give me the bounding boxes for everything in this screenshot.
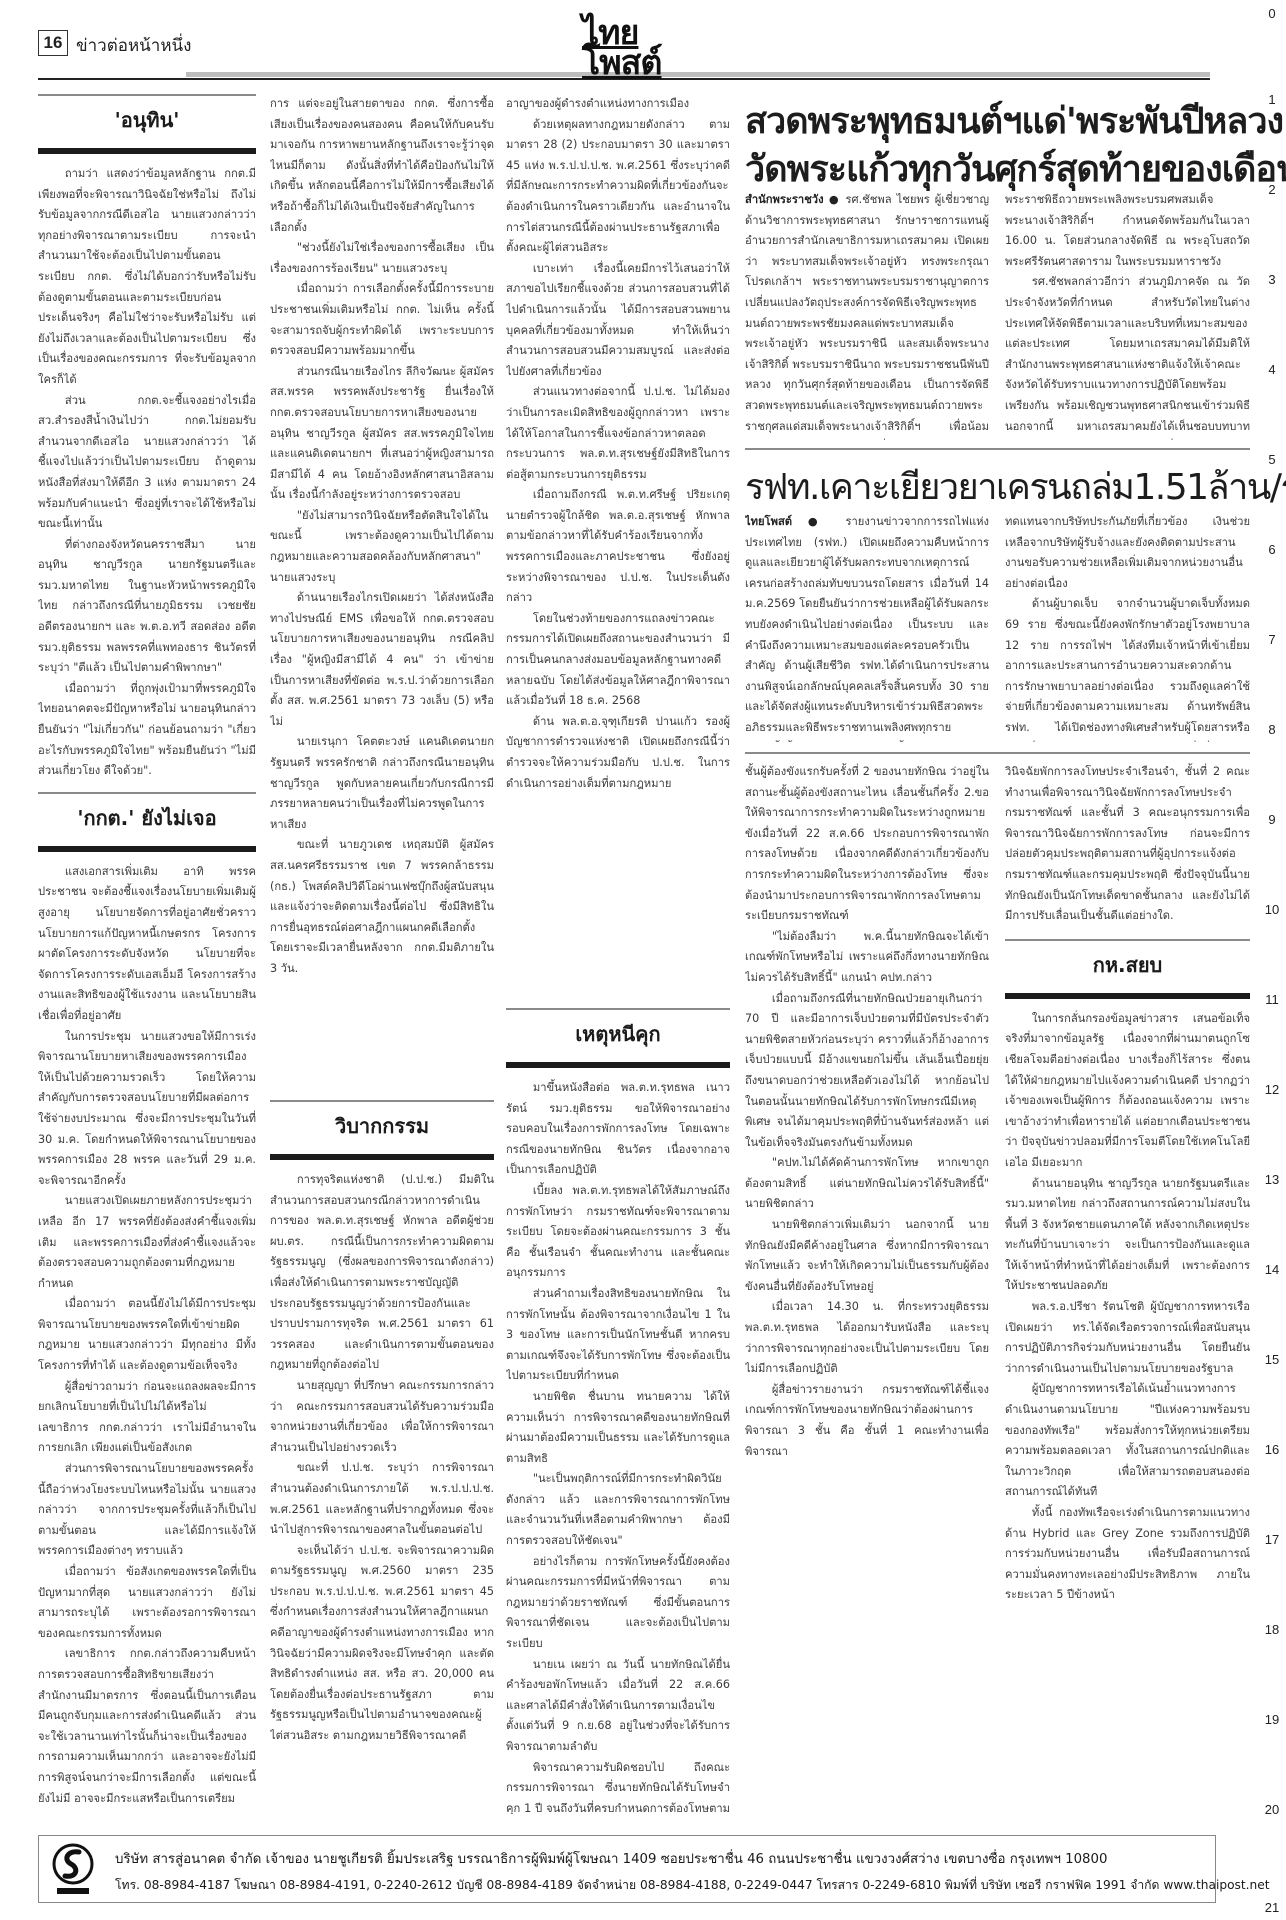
headline-story-2: รฟท.เคาะเยียวยาเครนถล่ม1.51ล้าน/ราย [745, 458, 1286, 515]
story-1-col-b: พระราชพิธีถวายพระเพลิงพระบรมศพสมเด็จพระน… [1005, 190, 1250, 440]
paragraph: พระราชพิธีถวายพระเพลิงพระบรมศพสมเด็จพระน… [1005, 190, 1250, 272]
paragraph: นายพิชิตกล่าวเพิ่มเติมว่า นอกจากนี้ นายท… [745, 1215, 989, 1297]
column-3: อาญาของผู้ดำรงตำแหน่งทางการเมืองด้วยเหตุ… [506, 94, 730, 1814]
paragraph: ส่วนการพิจารณานโยบายของพรรคครั้งนี้ถือว่… [38, 1459, 256, 1562]
paragraph: อาญาของผู้ดำรงตำแหน่งทางการเมือง [506, 94, 730, 115]
newspaper-page: 16 ข่าวต่อหน้าหนึ่ง ไทยโพสต์ 01234567891… [0, 0, 1286, 1920]
paragraph: ที่ต่างกองจังหวัดนครราชสีมา นายอนุทิน ชา… [38, 535, 256, 679]
paragraph: "ไม่ต้องลืมว่า พ.ค.นี้นายทักษิณจะได้เข้า… [745, 927, 989, 989]
continued-col-b: วินิจฉัยพักการลงโทษประจำเรือนจำ, ชั้นที่… [1005, 762, 1250, 1812]
paragraph: เมื่อถามถึงกรณีที่นายทักษิณป่วยอายุเกินก… [745, 989, 989, 1154]
paragraph: พิจารณาความรับผิดชอบไป ถึงคณะกรรมการพิจา… [506, 1758, 730, 1814]
paragraph: ผู้สื่อข่าวถามว่า ก่อนจะแถลงผลจะมีการยกเ… [38, 1377, 256, 1459]
column-1: 'อนุทิน' ถามว่า แสดงว่าข้อมูลหลักฐาน กกต… [38, 94, 256, 1814]
continued-col-a-body: ชั้นผู้ต้องขังแรกรับครั้งที่ 2 ของนายทัก… [745, 762, 989, 1462]
ruler-mark: 3 [1258, 272, 1286, 287]
paragraph: วินิจฉัยพักการลงโทษประจำเรือนจำ, ชั้นที่… [1005, 762, 1250, 927]
paragraph: ขณะที่ ป.ป.ช. ระบุว่า การพิจารณาสำนวนต้อ… [270, 1458, 494, 1540]
ruler-mark: 13 [1258, 1172, 1286, 1187]
ruler-mark: 20 [1258, 1802, 1286, 1817]
paragraph: ด้านนายอนุทิน ชาญวีรกูล นายกรัฐมนตรีและ … [1005, 1174, 1250, 1298]
publisher-logo-icon [49, 1842, 97, 1898]
paragraph: ส่วนคำถามเรื่องสิทธิของนายทักษิณ ในการพั… [506, 1284, 730, 1387]
ruler-mark: 6 [1258, 542, 1286, 557]
section-body-ect: แสงเอกสารเพิ่มเติม อาทิ พรรคประชาชน จะต้… [38, 862, 256, 1809]
paragraph: ทดแทนจากบริษัทประกันภัยที่เกี่ยวข้อง เงิ… [1005, 512, 1250, 594]
ruler-mark: 0 [1258, 6, 1286, 21]
ruler-mark: 15 [1258, 1352, 1286, 1367]
paragraph: ด้วยเหตุผลทางกฎหมายดังกล่าว ตามมาตรา 28 … [506, 115, 730, 259]
ruler-mark: 18 [1258, 1622, 1286, 1637]
paragraph: นายแสวงเปิดเผยภายหลังการประชุมว่า เหลือ … [38, 1191, 256, 1294]
paragraph: ด้าน พล.ต.อ.จุฑุเกียรติ ปานแก้ว รองผู้บั… [506, 712, 730, 794]
paragraph: รศ.ชัชพลกล่าวอีกว่า ส่วนภูมิภาคจัด ณ วัด… [1005, 272, 1250, 440]
story-1-col-a: สำนักพระราชวัง ● รศ.ชัชพล ไชยพร ผู้เชี่ย… [745, 190, 989, 440]
paragraph: เมื่อถามว่า ตอนนี้ยังไม่ได้มีการประชุมพิ… [38, 1294, 256, 1376]
logo-text: ไทยโพสต์ [582, 18, 710, 78]
paragraph: อย่างไรก็ตาม การพักโทษครั้งนี้ยังคงต้องผ… [506, 1552, 730, 1655]
paragraph: การทุจริตแห่งชาติ (ป.ป.ช.) มีมติในสำนวนก… [270, 1170, 494, 1376]
section-heading-anutin: 'อนุทิน' [38, 96, 256, 148]
paragraph: ทั้งนี้ กองทัพเรือจะเร่งดำเนินการตามแนวท… [1005, 1503, 1250, 1606]
paragraph: เมื่อถามว่า การเลือกตั้งครั้งนี้มีการระบ… [270, 279, 494, 361]
ruler-mark: 4 [1258, 362, 1286, 377]
paragraph: เบาะเท่า เรื่องนี้เคยมีการไว้เสนอว่าให้ส… [506, 259, 730, 383]
paragraph: จะเห็นได้ว่า ป.ป.ช. จะพิจารณาความผิดตามร… [270, 1541, 494, 1747]
paragraph: ส่วนกรณีนายเรืองไกร ลีกิจวัฒนะ ผู้สมัคร … [270, 362, 494, 506]
column-2-body: การ แต่จะอยู่ในสายตาของ กกต. ซึ่งการซื้อ… [270, 94, 494, 1094]
section-rule-thick [38, 148, 256, 154]
paragraph: โดยในช่วงท้ายของการแถลงข่าวคณะกรรมการได้… [506, 609, 730, 712]
ruler-mark: 14 [1258, 1262, 1286, 1277]
paragraph: ส่วนแนวทางต่อจากนี้ ป.ป.ช. ไม่ได้มองว่าเ… [506, 382, 730, 485]
paragraph: นายพิชิต ชื่นบาน ทนายความ ได้ให้ความเห็น… [506, 1387, 730, 1469]
publisher-footer: บริษัท สารสู่อนาคต จำกัด เจ้าของ นายชูเก… [38, 1835, 1216, 1903]
paragraph: เมื่อถามถึงกรณี พ.ต.ท.ศรีษฐ์ ปริยะเกตุ น… [506, 485, 730, 609]
paragraph: ถามว่า แสดงว่าข้อมูลหลักฐาน กกต.มีเพียงพ… [38, 164, 256, 391]
paragraph: ทั้งนี้มีการมอบเงินเยียวยาเบื้องต้นรวม 1… [745, 739, 989, 742]
page-number: 16 [38, 30, 68, 56]
ruler-mark: 12 [1258, 1082, 1286, 1097]
paragraph: ในการประชุม นายแสวงขอให้มีการเร่งพิจารณา… [38, 1027, 256, 1192]
paragraph: "ช่วงนี้ยังไม่ใช่เรื่องของการซื้อเสียง เ… [270, 238, 494, 279]
ruler-mark: 9 [1258, 812, 1286, 827]
page-ruler: 0123456789101112131415161718192021 [1258, 0, 1286, 1920]
paragraph: ด้านนายเรืองไกรเปิดเผยว่า ได้ส่งหนังสือท… [270, 588, 494, 732]
paragraph: ผู้สื่อข่าวรายงานว่า กรมราชทัณฑ์ได้ชี้แจ… [745, 1380, 989, 1462]
byline: สำนักพระราชวัง ● [745, 193, 846, 206]
paragraph: ด้านผู้บาดเจ็บ จากจำนวนผู้บาดเจ็บทั้งหมด… [1005, 594, 1250, 742]
story-1-col-b-body: พระราชพิธีถวายพระเพลิงพระบรมศพสมเด็จพระน… [1005, 190, 1250, 440]
paragraph: นายเรนุกา โคตตะวงษ์ แคนดิเดตนายกรัฐมนตรี… [270, 732, 494, 835]
paragraph: "นะเป็นพฤติการณ์ที่มีการกระทำผิดวินัยดัง… [506, 1469, 730, 1551]
paragraph: แสงเอกสารเพิ่มเติม อาทิ พรรคประชาชน จะต้… [38, 862, 256, 1027]
byline: ไทยโพสต์ ● [745, 515, 845, 528]
section-body-defense: ในการกลั่นกรองข้อมูลข่าวสาร เสนอข้อเท็จจ… [1005, 1009, 1250, 1606]
section-heading-escape: เหตุหนีคุก [506, 1010, 730, 1062]
ruler-mark: 11 [1258, 992, 1286, 1007]
ruler-mark: 16 [1258, 1442, 1286, 1457]
paragraph: ผู้บัญชาการทหารเรือได้เน้นย้ำแนวทางการดำ… [1005, 1379, 1250, 1503]
paragraph: ขณะที่ นายภูวเดช เหฤสมบัติ ผู้สมัคร สส.น… [270, 835, 494, 979]
story-2-col-a: ไทยโพสต์ ● รายงานข่าวจากการรถไฟแห่งประเท… [745, 512, 989, 742]
paragraph: พล.ร.อ.ปรีชา รัตนโชติ ผู้บัญชาการทหารเรื… [1005, 1297, 1250, 1379]
paragraph: เบี้ยลง พล.ต.ท.รุทธพลได้ให้สัมภาษณ์ถึงกา… [506, 1181, 730, 1284]
section-title: ข่าวต่อหน้าหนึ่ง [76, 32, 191, 59]
paragraph: การ แต่จะอยู่ในสายตาของ กกต. ซึ่งการซื้อ… [270, 94, 494, 238]
paragraph: เลขาธิการ กกต.กล่าวถึงความคืบหน้าการตรวจ… [38, 1644, 256, 1809]
story-2-col-a-body: ไทยโพสต์ ● รายงานข่าวจากการรถไฟแห่งประเท… [745, 512, 989, 742]
ruler-mark: 10 [1258, 902, 1286, 917]
ruler-mark: 19 [1258, 1712, 1286, 1727]
section-rule-thick [270, 1154, 494, 1160]
ruler-mark: 8 [1258, 722, 1286, 737]
paragraph: เมื่อถามว่า ข้อสังเกตของพรรคใดที่เป็นปัญ… [38, 1562, 256, 1644]
paragraph: "ยังไม่สามารถวินิจฉัยหรือตัดสินใจได้ในขณ… [270, 506, 494, 588]
section-body-anutin: ถามว่า แสดงว่าข้อมูลหลักฐาน กกต.มีเพียงพ… [38, 164, 256, 782]
newspaper-logo: ไทยโพสต์ [582, 18, 710, 54]
column-2: การ แต่จะอยู่ในสายตาของ กกต. ซึ่งการซื้อ… [270, 94, 494, 1814]
paragraph: ในการกลั่นกรองข้อมูลข่าวสาร เสนอข้อเท็จจ… [1005, 1009, 1250, 1174]
continued-col-a: ชั้นผู้ต้องขังแรกรับครั้งที่ 2 ของนายทัก… [745, 762, 989, 1812]
ruler-mark: 7 [1258, 632, 1286, 647]
paragraph: นายเน เผยว่า ณ วันนี้ นายทักษิณได้ยื่นคำ… [506, 1655, 730, 1758]
story-2-col-b: ทดแทนจากบริษัทประกันภัยที่เกี่ยวข้อง เงิ… [1005, 512, 1250, 742]
paragraph: เมื่อเวลา 14.30 น. ที่กระทรวงยุติธรรม พล… [745, 1297, 989, 1379]
section-rule-thick [1005, 993, 1250, 999]
paragraph: มาขึ้นหนังสือต่อ พล.ต.ท.รุทธพล เนาวรัตน์… [506, 1078, 730, 1181]
paragraph: "คปท.ไม่ได้คัดค้านการพักโทษ หากเขาถูกต้อ… [745, 1153, 989, 1215]
paragraph: เมื่อถามว่า ที่ถูกพุ่งเป้ามาที่พรรคภูมิใ… [38, 679, 256, 782]
paragraph: ไทยโพสต์ ● รายงานข่าวจากการรถไฟแห่งประเท… [745, 512, 989, 739]
column-3-body: อาญาของผู้ดำรงตำแหน่งทางการเมืองด้วยเหตุ… [506, 94, 730, 1002]
ruler-mark: 21 [1258, 1900, 1286, 1915]
ruler-mark: 17 [1258, 1532, 1286, 1547]
story-1-col-a-body: สำนักพระราชวัง ● รศ.ชัชพล ไชยพร ผู้เชี่ย… [745, 190, 989, 440]
section-heading-defense: กห.สยบ [1005, 941, 1250, 993]
story-2-col-b-body: ทดแทนจากบริษัทประกันภัยที่เกี่ยวข้อง เงิ… [1005, 512, 1250, 742]
section-rule-thick [38, 846, 256, 852]
section-heading-ect: 'กกต.' ยังไม่เจอ [38, 794, 256, 846]
story-divider [745, 448, 1250, 450]
headline-story-1-line2: วัดพระแก้วทุกวันศุกร์สุดท้ายของเดือน [745, 140, 1286, 197]
continued-col-b-body: วินิจฉัยพักการลงโทษประจำเรือนจำ, ชั้นที่… [1005, 762, 1250, 927]
section-body-escape: มาขึ้นหนังสือต่อ พล.ต.ท.รุทธพล เนาวรัตน์… [506, 1078, 730, 1814]
paragraph: นายสุญญา ที่ปรึกษา คณะกรรมการกล่าวว่า คณ… [270, 1376, 494, 1458]
section-heading-wibak: วิบากกรรม [270, 1102, 494, 1154]
section-rule-thick [506, 1062, 730, 1068]
publisher-info: บริษัท สารสู่อนาคต จำกัด เจ้าของ นายชูเก… [115, 1848, 1107, 1869]
section-body-wibak: การทุจริตแห่งชาติ (ป.ป.ช.) มีมติในสำนวนก… [270, 1170, 494, 1747]
story-divider [745, 752, 1250, 754]
paragraph: สำนักพระราชวัง ● รศ.ชัชพล ไชยพร ผู้เชี่ย… [745, 190, 989, 440]
paragraph: ชั้นผู้ต้องขังแรกรับครั้งที่ 2 ของนายทัก… [745, 762, 989, 927]
paragraph: ส่วน กกต.จะชี้แจงอย่างไรเมื่อ สว.สำรองสี… [38, 391, 256, 535]
publisher-contact: โทร. 08-8984-4187 โฆษณา 08-8984-4191, 0-… [115, 1876, 1270, 1895]
